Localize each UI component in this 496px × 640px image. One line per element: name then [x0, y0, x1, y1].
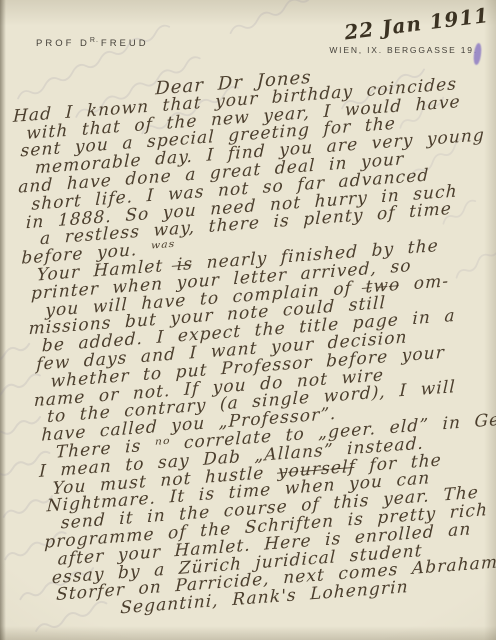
handwritten-date: 22 Jan 1911	[343, 4, 485, 45]
letter-page: PROF DR.FREUD WIEN, IX. BERGGASSE 19. 22…	[0, 0, 496, 640]
letterhead-name-pre: PROF D	[36, 38, 90, 49]
letterhead-name-superscript: R.	[90, 37, 99, 44]
letterhead-name: PROF DR.FREUD	[36, 37, 149, 49]
letterhead-address: WIEN, IX. BERGGASSE 19.	[329, 45, 478, 55]
letterhead-name-post: FREUD	[101, 38, 149, 49]
letter-body: Dear Dr Jones Had I known that your birt…	[7, 58, 495, 623]
